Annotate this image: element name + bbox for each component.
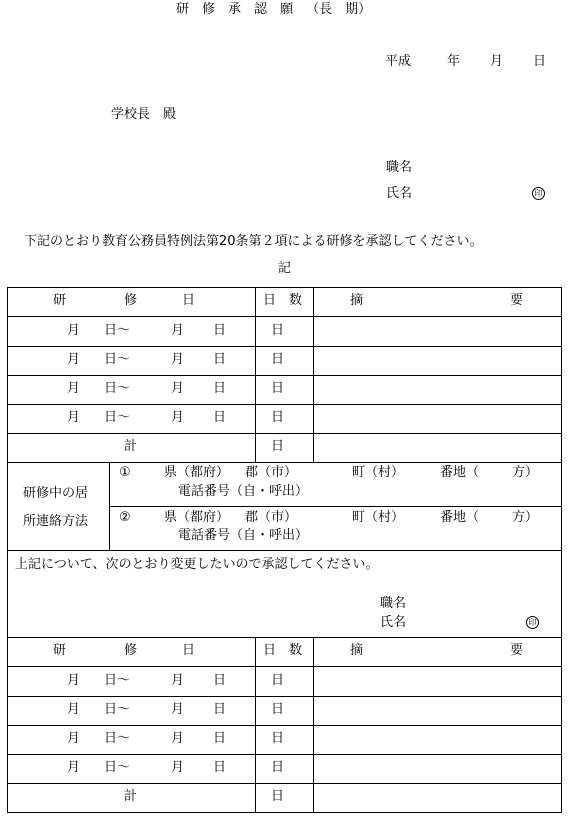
- entry-phone: 電話番号（自・呼出）: [178, 529, 308, 543]
- header-kenshu-2: 修: [124, 294, 137, 308]
- row-month-from: 月: [67, 674, 80, 688]
- entry-town: 町（村）: [352, 511, 404, 525]
- header-summary-left: 摘: [350, 294, 363, 308]
- row-days-unit: 日: [271, 761, 284, 775]
- header-kenshu-3: 日: [182, 294, 195, 308]
- date-era: 平成: [385, 55, 411, 69]
- ki-label: 記: [278, 262, 291, 276]
- contact-label-line2: 所連絡方法: [23, 515, 88, 529]
- row-day-from: 日～: [104, 761, 130, 775]
- row-day-from: 日～: [104, 324, 130, 338]
- entry-care-of: 方）: [512, 511, 538, 525]
- header-summary-left: 摘: [350, 644, 363, 658]
- date-month: 月: [490, 55, 503, 69]
- row-days-unit: 日: [271, 324, 284, 338]
- total-label: 計: [124, 790, 137, 804]
- row-day-from: 日～: [104, 703, 130, 717]
- header-kenshu-1: 研: [53, 294, 66, 308]
- entry-town: 町（村）: [352, 466, 404, 480]
- row-days-unit: 日: [271, 382, 284, 396]
- title-char: 修: [202, 3, 215, 17]
- row-day-from: 日～: [104, 382, 130, 396]
- entry-district: 郡（市）: [245, 466, 297, 480]
- row-day-to: 日: [213, 324, 226, 338]
- row-month-to: 月: [171, 382, 184, 396]
- title-char: 認: [254, 3, 267, 17]
- applicant-position-label: 職名: [386, 161, 412, 175]
- row-month-from: 月: [67, 353, 80, 367]
- row-day-to: 日: [213, 732, 226, 746]
- entry-phone: 電話番号（自・呼出）: [178, 485, 308, 499]
- row-days-unit: 日: [271, 353, 284, 367]
- entry-district: 郡（市）: [245, 511, 297, 525]
- seal-icon: 印: [532, 187, 545, 200]
- row-month-from: 月: [67, 732, 80, 746]
- document-title: 研修承認願（長 期）: [176, 3, 384, 17]
- row-day-to: 日: [213, 703, 226, 717]
- applicant-name-label: 氏名: [386, 187, 412, 201]
- row-month-to: 月: [171, 353, 184, 367]
- change-position-label: 職名: [380, 597, 406, 611]
- row-month-to: 月: [171, 703, 184, 717]
- row-month-to: 月: [171, 761, 184, 775]
- row-days-unit: 日: [271, 411, 284, 425]
- header-kenshu-3: 日: [182, 644, 195, 658]
- entry-number: ①: [119, 466, 131, 480]
- total-label: 計: [124, 440, 137, 454]
- header-days: 日 数: [263, 644, 302, 658]
- header-summary-right: 要: [510, 294, 523, 308]
- row-day-to: 日: [213, 382, 226, 396]
- title-char: 願: [280, 3, 293, 17]
- contact-label-line1: 研修中の居: [23, 487, 88, 501]
- header-kenshu-1: 研: [53, 644, 66, 658]
- row-month-to: 月: [171, 324, 184, 338]
- row-day-from: 日～: [104, 732, 130, 746]
- row-month-from: 月: [67, 382, 80, 396]
- row-day-to: 日: [213, 353, 226, 367]
- row-day-to: 日: [213, 761, 226, 775]
- entry-banchi: 番地（: [440, 511, 479, 525]
- row-day-from: 日～: [104, 411, 130, 425]
- row-days-unit: 日: [271, 732, 284, 746]
- row-month-from: 月: [67, 411, 80, 425]
- row-month-to: 月: [171, 411, 184, 425]
- total-days-unit: 日: [271, 790, 284, 804]
- total-days-unit: 日: [271, 440, 284, 454]
- row-day-to: 日: [213, 411, 226, 425]
- row-month-from: 月: [67, 324, 80, 338]
- entry-banchi: 番地（: [440, 466, 479, 480]
- row-day-to: 日: [213, 674, 226, 688]
- addressee: 学校長 殿: [111, 108, 176, 122]
- change-name-label: 氏名: [380, 616, 406, 630]
- row-days-unit: 日: [271, 703, 284, 717]
- entry-prefecture: 県（都府）: [164, 466, 229, 480]
- seal-icon: 印: [526, 616, 539, 629]
- date-year: 年: [447, 55, 460, 69]
- row-month-from: 月: [67, 761, 80, 775]
- entry-care-of: 方）: [512, 466, 538, 480]
- row-days-unit: 日: [271, 674, 284, 688]
- title-char: 研: [176, 3, 189, 17]
- header-kenshu-2: 修: [124, 644, 137, 658]
- entry-number: ②: [119, 511, 131, 525]
- change-request-text: 上記について、次のとおり変更したいので承認してください。: [15, 558, 378, 572]
- title-char: 承: [228, 3, 241, 17]
- entry-prefecture: 県（都府）: [164, 511, 229, 525]
- header-days: 日 数: [263, 294, 302, 308]
- row-day-from: 日～: [104, 353, 130, 367]
- row-month-to: 月: [171, 732, 184, 746]
- row-day-from: 日～: [104, 674, 130, 688]
- row-month-from: 月: [67, 703, 80, 717]
- row-month-to: 月: [171, 674, 184, 688]
- title-suffix: （長 期）: [306, 3, 371, 17]
- header-summary-right: 要: [510, 644, 523, 658]
- request-text: 下記のとおり教育公務員特例法第20条第２項による研修を承認してください。: [24, 235, 483, 249]
- date-day: 日: [533, 55, 546, 69]
